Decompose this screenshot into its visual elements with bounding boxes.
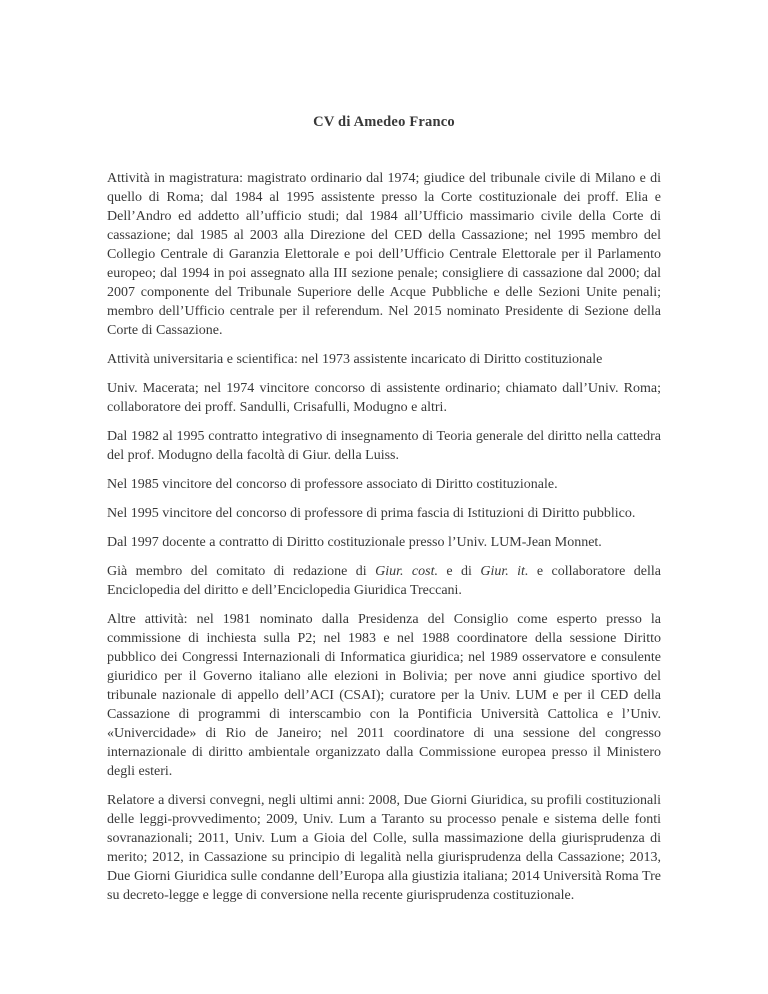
document-page: CV di Amedeo Franco Attività in magistra… bbox=[0, 0, 768, 994]
text-run: Relatore a diversi convegni, negli ultim… bbox=[107, 793, 661, 903]
paragraph: Attività universitaria e scientifica: ne… bbox=[107, 350, 661, 369]
text-run: Nel 1985 vincitore del concorso di profe… bbox=[107, 477, 558, 492]
text-run: Attività universitaria e scientifica: ne… bbox=[107, 352, 602, 367]
document-body: Attività in magistratura: magistrato ord… bbox=[107, 169, 661, 905]
text-run: Attività in magistratura: magistrato ord… bbox=[107, 171, 661, 338]
paragraph: Relatore a diversi convegni, negli ultim… bbox=[107, 791, 661, 905]
text-run: Dal 1997 docente a contratto di Diritto … bbox=[107, 535, 602, 550]
text-run: Dal 1982 al 1995 contratto integrativo d… bbox=[107, 429, 661, 463]
paragraph: Dal 1997 docente a contratto di Diritto … bbox=[107, 533, 661, 552]
text-run: Altre attività: nel 1981 nominato dalla … bbox=[107, 612, 661, 779]
paragraph: Già membro del comitato di redazione di … bbox=[107, 562, 661, 600]
paragraph: Dal 1982 al 1995 contratto integrativo d… bbox=[107, 427, 661, 465]
text-run: Nel 1995 vincitore del concorso di profe… bbox=[107, 506, 635, 521]
paragraph: Attività in magistratura: magistrato ord… bbox=[107, 169, 661, 340]
text-run: Già membro del comitato di redazione di bbox=[107, 564, 375, 579]
paragraph: Nel 1995 vincitore del concorso di profe… bbox=[107, 504, 661, 523]
document-title: CV di Amedeo Franco bbox=[107, 114, 661, 131]
text-run: Univ. Macerata; nel 1974 vincitore conco… bbox=[107, 381, 661, 415]
paragraph: Altre attività: nel 1981 nominato dalla … bbox=[107, 610, 661, 781]
italic-text-run: Giur. cost. bbox=[375, 564, 438, 579]
italic-text-run: Giur. it. bbox=[480, 564, 528, 579]
paragraph: Univ. Macerata; nel 1974 vincitore conco… bbox=[107, 379, 661, 417]
text-run: e di bbox=[438, 564, 480, 579]
paragraph: Nel 1985 vincitore del concorso di profe… bbox=[107, 475, 661, 494]
